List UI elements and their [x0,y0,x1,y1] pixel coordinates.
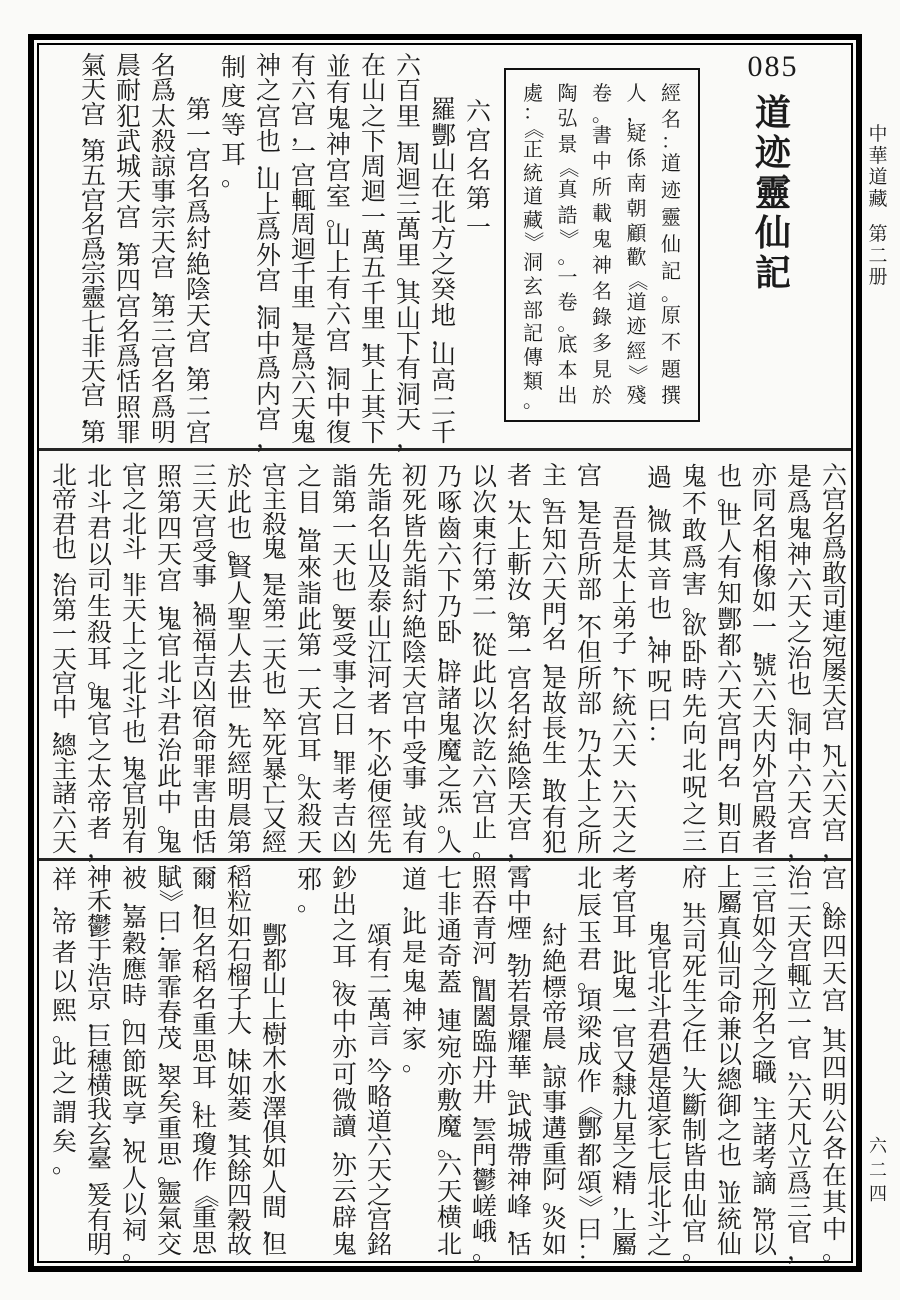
text-column: 祥，帝者以熙。此之謂矣。 [47,866,82,1258]
text-column: 陶弘景《真誥》。一卷。底本出 [553,82,583,408]
text-column: 之目，當來詣此第一天宫耳。太殺天 [292,464,327,856]
text-column: 神禾鬱于浩京，巨穗横我玄臺，爰有明 [82,866,117,1258]
text-column: 制度等耳。 [216,54,251,446]
text-column: 北斗君以司生殺耳。鬼官之太帝者， [82,464,117,856]
text-column: 經名：道迹靈仙記。原不題撰 [656,82,686,408]
indent-spacer [537,866,572,924]
text-column: 官之北斗，非天上之北斗也，鬼官别有 [117,464,152,856]
page-number: 六二四 [864,1134,892,1208]
text-column: 神之宫也，山上爲外宫，洞中爲内宫， [251,54,286,446]
text-column: 爾，但名稻名重思耳。杜瓊作《重思 [187,866,222,1258]
text-column: 也。世人有知酆都六天宫門名，則百 [712,464,747,856]
text-column: 道迹靈仙記 [747,93,799,298]
text-column: 中華道藏 [865,124,891,211]
annotation-box: 經名：道迹靈仙記。原不題撰人，疑係南朝顧歡《道迹經》殘卷。書中所載鬼神名錄多見於… [504,68,700,422]
text-column: 上屬真仙司命兼以總御之也，並統仙 [712,866,747,1258]
text-column: 以次東行第二，從此以次訖六宫止。 [467,464,502,856]
text-column: 過，微其音也，神呪曰： [642,464,677,856]
text-column: 北辰玉君。項梁成作《酆都頌》曰： [572,866,607,1258]
text-column: 者，太上斬汝。第一宫名紂絶陰天宫， [502,464,537,856]
register-divider-top [39,448,851,451]
document-number: 085 [740,50,806,83]
text-column: 處：《正統道藏》洞玄部記傳類。 [518,82,548,408]
text-column: 有六宫，一宫輒周迴千里，是爲六天鬼 [286,54,321,446]
indent-spacer [461,54,496,98]
indent-spacer [181,54,216,98]
indent-spacer [362,866,397,924]
text-band-bottom: 宫。餘四天宫，其四明公各在其中。治二天宫輒立一官，六天凡立爲三官，三官如今之刑名… [40,866,852,1258]
text-column: 宫。餘四天宫，其四明公各在其中。 [817,866,852,1258]
text-column: 宫主殺鬼，是第二天也，卒死暴亡又經 [257,464,292,856]
text-column: 在山之下周迴一萬五千里，其上其下 [356,54,391,446]
text-column: 鬼不敢爲害。欲卧時先向北呪之三 [677,464,712,856]
text-column: 道，此是鬼神家。 [397,866,432,1258]
text-column: 霄中煙，勃若景耀華。武城帶神峰，恬 [502,866,537,1258]
text-column: 初死皆先詣紂絶陰天宫中受事，或有 [397,464,432,856]
indent-spacer [607,464,642,508]
text-column: 邪。 [292,866,327,1258]
text-header: 085 道迹靈仙記 [740,50,806,298]
text-column: 七非通奇蓋，連宛亦敷魔。六天横北 [432,866,467,1258]
text-column: 賦》曰：霏霏春茂，翠矣重思。靈氣交 [152,866,187,1258]
text-column: 六宫名爲敢司連宛屡天宫，凡六天宫， [817,464,852,856]
margin-collection-label: 中華道藏第二册 [864,124,892,289]
text-column: 照吞青河。閶闔臨丹井，雲門鬱嵯峨。 [467,866,502,1258]
text-column: 紂絶標帝晨，諒事遘重阿。炎如 [537,866,572,1258]
text-column: 主。吾知六天門名，是故長生，敢有犯 [537,464,572,856]
scanned-book-page: 中華道藏第二册 六二四 085 道迹靈仙記 經名：道迹靈仙記。原不題撰人，疑係南… [0,0,900,1300]
indent-spacer [426,54,461,98]
text-column: 六百里，周迴三萬里。其山下有洞天， [391,54,426,446]
text-column: 並有鬼神宫室。山上有六宫，洞中復 [321,54,356,446]
text-column: 第一宫名爲紂絶陰天宫，第二宫 [181,54,216,446]
text-column: 卷。書中所載鬼神名錄多見於 [587,82,617,408]
text-column: 人，疑係南朝顧歡《道迹經》殘 [622,82,652,408]
text-column: 照第四天宫，鬼官北斗君治此中。鬼 [152,464,187,856]
text-column: 六二四 [866,1134,890,1208]
text-column: 三官如今之刑名之職，主諸考謫，常以 [747,866,782,1258]
text-column: 第二册 [865,224,891,289]
text-column: 羅酆山在北方之癸地，山高二千 [426,54,461,446]
text-column: 氣天宫，第五宫名爲宗靈七非天宫，第 [76,54,111,446]
text-column: 宫，是吾所部，不但所部，乃太上之所 [572,464,607,856]
text-column: 被，嘉穀應時。四節既享，祝人以祠。 [117,866,152,1258]
text-column: 晨耐犯武城天宫，第四宫名爲恬照罪 [111,54,146,446]
text-column: 亦同名相像如一，號六天内外宫殿者 [747,464,782,856]
indent-spacer [257,866,292,924]
text-column: 酆都山上樹木水澤俱如人間，但 [257,866,292,1258]
text-column: 三天宫受事，禍福吉凶宿命罪害由恬 [187,464,222,856]
text-column: 頌有二萬言，今略道六天之宫銘 [362,866,397,1258]
text-column: 名爲太殺諒事宗天宫，第三宫名爲明 [146,54,181,446]
register-divider-bottom [39,858,851,861]
section-heading: 六宫名第一 [461,54,496,446]
text-column: 北帝君也，治第一天宫中，總主諸六天 [47,464,82,856]
text-column: 先詣名山及泰山江河者，不必便徑先 [362,464,397,856]
text-column: 於此也。賢人聖人去世，先經明晨第 [222,464,257,856]
indent-spacer [642,866,677,924]
text-band-top: 六宫名第一羅酆山在北方之癸地，山高二千六百里，周迴三萬里。其山下有洞天，在山之下… [40,54,496,446]
text-column: 治二天宫輒立一官，六天凡立爲三官， [782,866,817,1258]
text-column: 鬼官北斗君廼是道家七辰北斗之 [642,866,677,1258]
text-column: 鈔出之耳。夜中亦可微讀，亦云辟鬼 [327,866,362,1258]
document-title: 道迹靈仙記 [740,93,806,298]
text-column: 是爲鬼神六天之治也。洞中六天宫， [782,464,817,856]
text-column: 府，共司死生之任，大斷制皆由仙官。 [677,866,712,1258]
text-column: 考官耳，此鬼一官又隸九星之精，上屬 [607,866,642,1258]
text-column: 吾是太上弟子，下統六天，六天之 [607,464,642,856]
text-column: 稻粒如石榴子大，味如菱，其餘四穀故 [222,866,257,1258]
text-band-middle: 六宫名爲敢司連宛屡天宫，凡六天宫，是爲鬼神六天之治也。洞中六天宫，亦同名相像如一… [40,464,852,856]
text-column: 乃啄齒六下乃卧，辟諸鬼魔之炁。人 [432,464,467,856]
text-column: 詣第一天也。要受事之日，罪考吉凶 [327,464,362,856]
